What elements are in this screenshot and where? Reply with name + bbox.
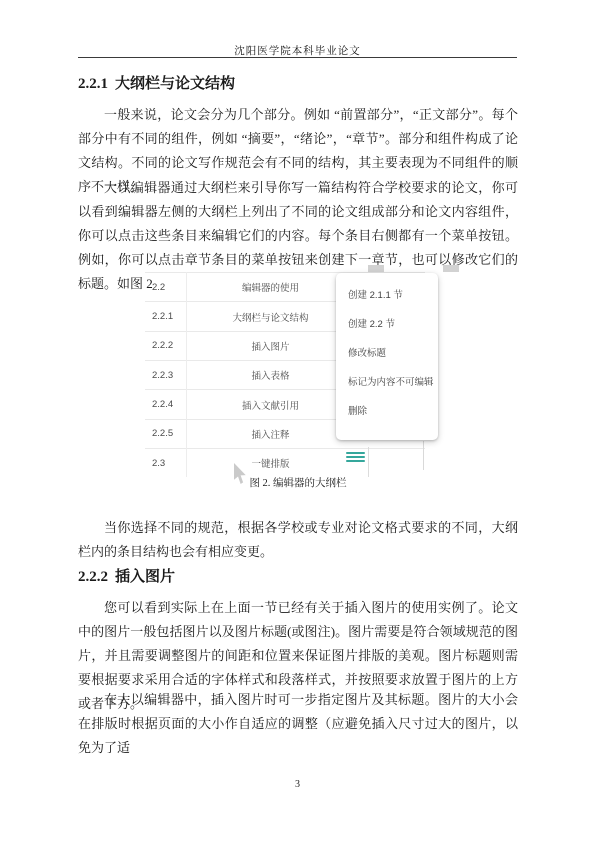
figure-outline-screenshot: 2.2 编辑器的使用 2.2.1 大纲栏与论文结构 2.2.2 插入图片 2.2… [145,265,460,477]
outline-row-label: 插入表格 [186,368,355,382]
outline-row-number: 2.2.1 [145,311,186,322]
outline-row-number: 2.3 [145,458,186,469]
cropped-ui-fragment [443,265,459,272]
menu-item-create-section: 创建 2.2 节 [336,310,438,339]
outline-row-number: 2.2 [145,282,186,293]
section-title: 插入图片 [115,568,175,585]
menu-item-delete: 删除 [336,397,438,426]
section-title: 大纲栏与论文结构 [115,75,235,92]
page-number: 3 [0,779,595,790]
section-heading-2-2-2: 2.2.2插入图片 [78,566,175,588]
outline-row-label: 一键排版 [186,456,355,470]
outline-row-number: 2.2.3 [145,370,186,381]
outline-row-label: 大纲栏与论文结构 [186,310,355,324]
outline-row-label: 插入图片 [186,339,355,353]
running-header: 沈阳医学院本科毕业论文 [0,43,595,58]
menu-item-create-subsection: 创建 2.1.1 节 [336,281,438,310]
format-list-icon [346,452,366,464]
figure-caption: 图 2. 编辑器的大纲栏 [78,477,518,491]
outline-row-label: 编辑器的使用 [186,280,355,294]
menu-item-mark-readonly: 标记为内容不可编辑 [336,368,438,397]
outline-row-label: 插入注释 [186,427,355,441]
context-menu: 创建 2.1.1 节 创建 2.2 节 修改标题 标记为内容不可编辑 删除 [336,273,438,440]
section-heading-2-2-1: 2.2.1大纲栏与论文结构 [78,73,235,95]
header-rule [78,57,517,58]
thesis-page: 沈阳医学院本科毕业论文 2.2.1大纲栏与论文结构 一般来说，论文会分为几个部分… [0,0,595,842]
panel-edge-line [423,441,424,470]
menu-item-rename: 修改标题 [336,339,438,368]
paragraph: 当你选择不同的规范，根据各学校或专业对论文格式要求的不同，大纲栏内的条目结构也会… [78,516,518,564]
panel-edge-line [368,447,369,477]
outline-row: 2.3 一键排版 [145,448,425,477]
section-number: 2.2.2 [78,569,108,585]
cropped-ui-fragment [368,265,384,272]
outline-row-number: 2.2.2 [145,340,186,351]
paragraph: 在大以编辑器中，插入图片时可一步指定图片及其标题。图片的大小会在排版时根据页面的… [78,688,518,760]
section-number: 2.2.1 [78,76,108,92]
outline-row-number: 2.2.5 [145,428,186,439]
column-divider [186,272,187,477]
outline-row-label: 插入文献引用 [186,398,355,412]
outline-row-number: 2.2.4 [145,399,186,410]
